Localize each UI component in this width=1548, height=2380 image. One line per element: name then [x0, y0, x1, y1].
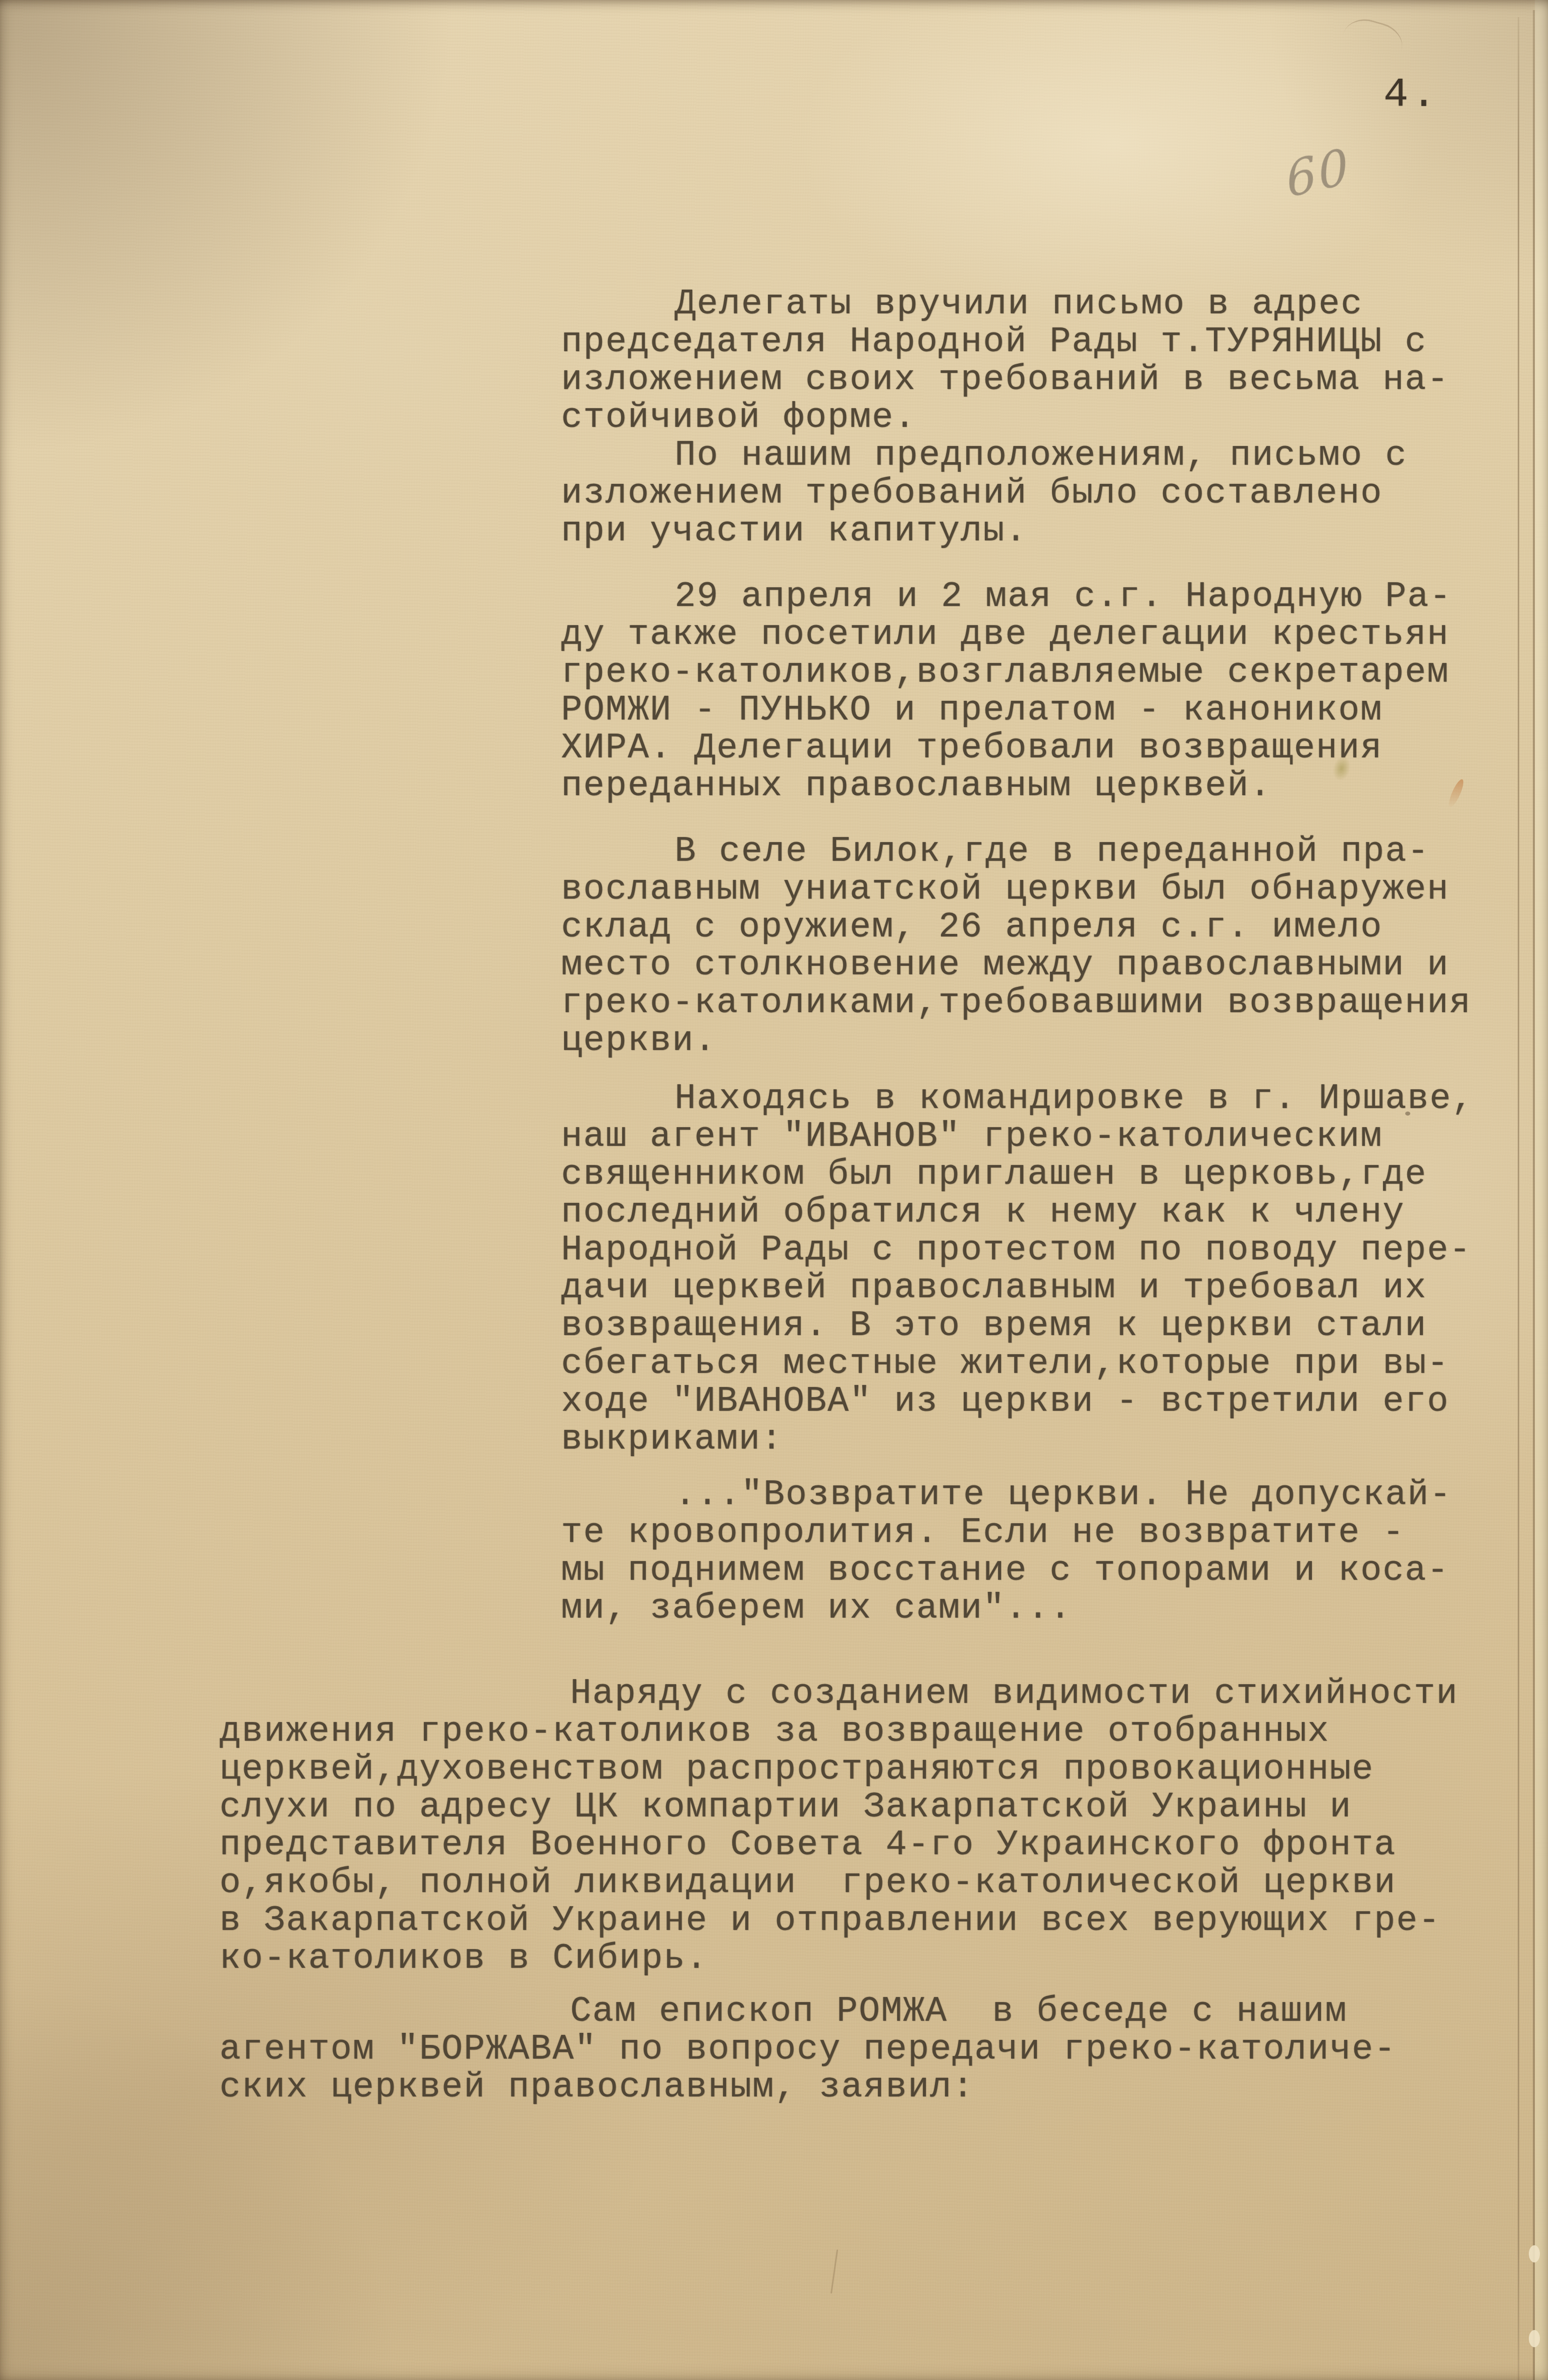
text-line: Наряду с созданием видимости стихийности	[219, 1675, 1531, 1713]
page-edge-line-inner	[1518, 17, 1519, 2380]
text-line: ду также посетили две делегации крестьян	[561, 616, 1520, 654]
text-line: стойчивой форме.	[561, 399, 1520, 437]
text-line: РОМЖИ - ПУНЬКО и прелатом - каноником	[561, 692, 1520, 730]
text-line: ХИРА. Делегации требовали возвращения	[561, 730, 1520, 767]
text-line: в Закарпатской Украине и отправлении все…	[219, 1902, 1531, 1940]
text-line: Находясь в командировке в г. Иршаве,	[561, 1080, 1520, 1118]
text-line: выкриками:	[561, 1421, 1520, 1459]
main-column: Делегаты вручили письмо в адреспредседат…	[561, 286, 1520, 1628]
wide-column: Наряду с созданием видимости стихийности…	[219, 1675, 1531, 2107]
text-line: мы поднимем восстание с топорами и коса-	[561, 1552, 1520, 1590]
edge-notch	[1529, 2330, 1540, 2347]
text-line: агентом "БОРЖАВА" по вопросу передачи гр…	[219, 2031, 1531, 2069]
text-line: ходе "ИВАНОВА" из церкви - встретили его	[561, 1383, 1520, 1421]
paragraph: ..."Возвратите церкви. Не допускай-те кр…	[561, 1476, 1520, 1628]
edge-notch	[1529, 2245, 1540, 2262]
text-line: ко-католиков в Сибирь.	[219, 1940, 1531, 1978]
text-line: председателя Народной Рады т.ТУРЯНИЦЫ с	[561, 323, 1520, 361]
text-line: Народной Рады с протестом по поводу пере…	[561, 1232, 1520, 1269]
text-line: сбегаться местные жители,которые при вы-	[561, 1345, 1520, 1383]
text-line: склад с оружием, 26 апреля с.г. имело	[561, 909, 1520, 947]
paragraph: По нашим предположениям, письмо сизложен…	[561, 437, 1520, 550]
text-line: вославным униатской церкви был обнаружен	[561, 871, 1520, 909]
text-line: место столкновение между православными и	[561, 947, 1520, 984]
dust-speck	[1405, 1112, 1410, 1116]
text-line: при участии капитулы.	[561, 513, 1520, 550]
text-line: греко-католиков,возглавляемые секретарем	[561, 654, 1520, 692]
text-line: те кровопролития. Если не возвратите -	[561, 1514, 1520, 1552]
text-line: представителя Военного Совета 4-го Украи…	[219, 1826, 1531, 1864]
paragraph: 29 апреля и 2 мая с.г. Народную Ра-ду та…	[561, 578, 1520, 805]
paragraph: Делегаты вручили письмо в адреспредседат…	[561, 286, 1520, 437]
text-line: ..."Возвратите церкви. Не допускай-	[561, 1476, 1520, 1514]
adjacent-page-edge	[1535, 0, 1548, 2380]
text-line: ских церквей православным, заявил:	[219, 2069, 1531, 2107]
text-line: возвращения. В это время к церкви стали	[561, 1307, 1520, 1345]
text-line: 29 апреля и 2 мая с.г. Народную Ра-	[561, 578, 1520, 616]
text-line: греко-католиками,требовавшими возвращени…	[561, 984, 1520, 1022]
handwritten-note: 60	[1283, 138, 1354, 209]
text-line: Сам епископ РОМЖА в беседе с нашим	[219, 1993, 1531, 2031]
scratch-mark	[1338, 14, 1407, 71]
page-edge-line-outer	[1533, 10, 1535, 2380]
paragraph: Наряду с созданием видимости стихийности…	[219, 1675, 1531, 1978]
paragraph: Сам епископ РОМЖА в беседе с нашимагенто…	[219, 1993, 1531, 2107]
text-line: По нашим предположениям, письмо с	[561, 437, 1520, 475]
page-number: 4.	[1384, 72, 1439, 119]
text-line: слухи по адресу ЦК компартии Закарпатско…	[219, 1789, 1531, 1826]
text-line: Делегаты вручили письмо в адрес	[561, 286, 1520, 323]
text-line: ми, заберем их сами"...	[561, 1590, 1520, 1628]
text-line: изложением своих требований в весьма на-	[561, 361, 1520, 399]
text-line: дачи церквей православным и требовал их	[561, 1269, 1520, 1307]
text-line: движения греко-католиков за возвращение …	[219, 1713, 1531, 1751]
paragraph: Находясь в командировке в г. Иршаве,наш …	[561, 1080, 1520, 1459]
text-line: церкви.	[561, 1022, 1520, 1060]
text-line: церквей,духовенством распространяются пр…	[219, 1751, 1531, 1789]
text-line: наш агент "ИВАНОВ" греко-католическим	[561, 1118, 1520, 1156]
paragraph: В селе Билок,где в переданной пра-вослав…	[561, 833, 1520, 1060]
document-scan: 4. 60 Делегаты вручили письмо в адреспре…	[0, 0, 1548, 2380]
text-line: о,якобы, полной ликвидации греко-католич…	[219, 1864, 1531, 1902]
text-line: переданных православным церквей.	[561, 767, 1520, 805]
text-line: последний обратился к нему как к члену	[561, 1194, 1520, 1232]
text-line: В селе Билок,где в переданной пра-	[561, 833, 1520, 871]
text-line: священником был приглашен в церковь,где	[561, 1156, 1520, 1194]
text-line: изложением требований было составлено	[561, 475, 1520, 513]
paper-fiber	[831, 2249, 838, 2294]
